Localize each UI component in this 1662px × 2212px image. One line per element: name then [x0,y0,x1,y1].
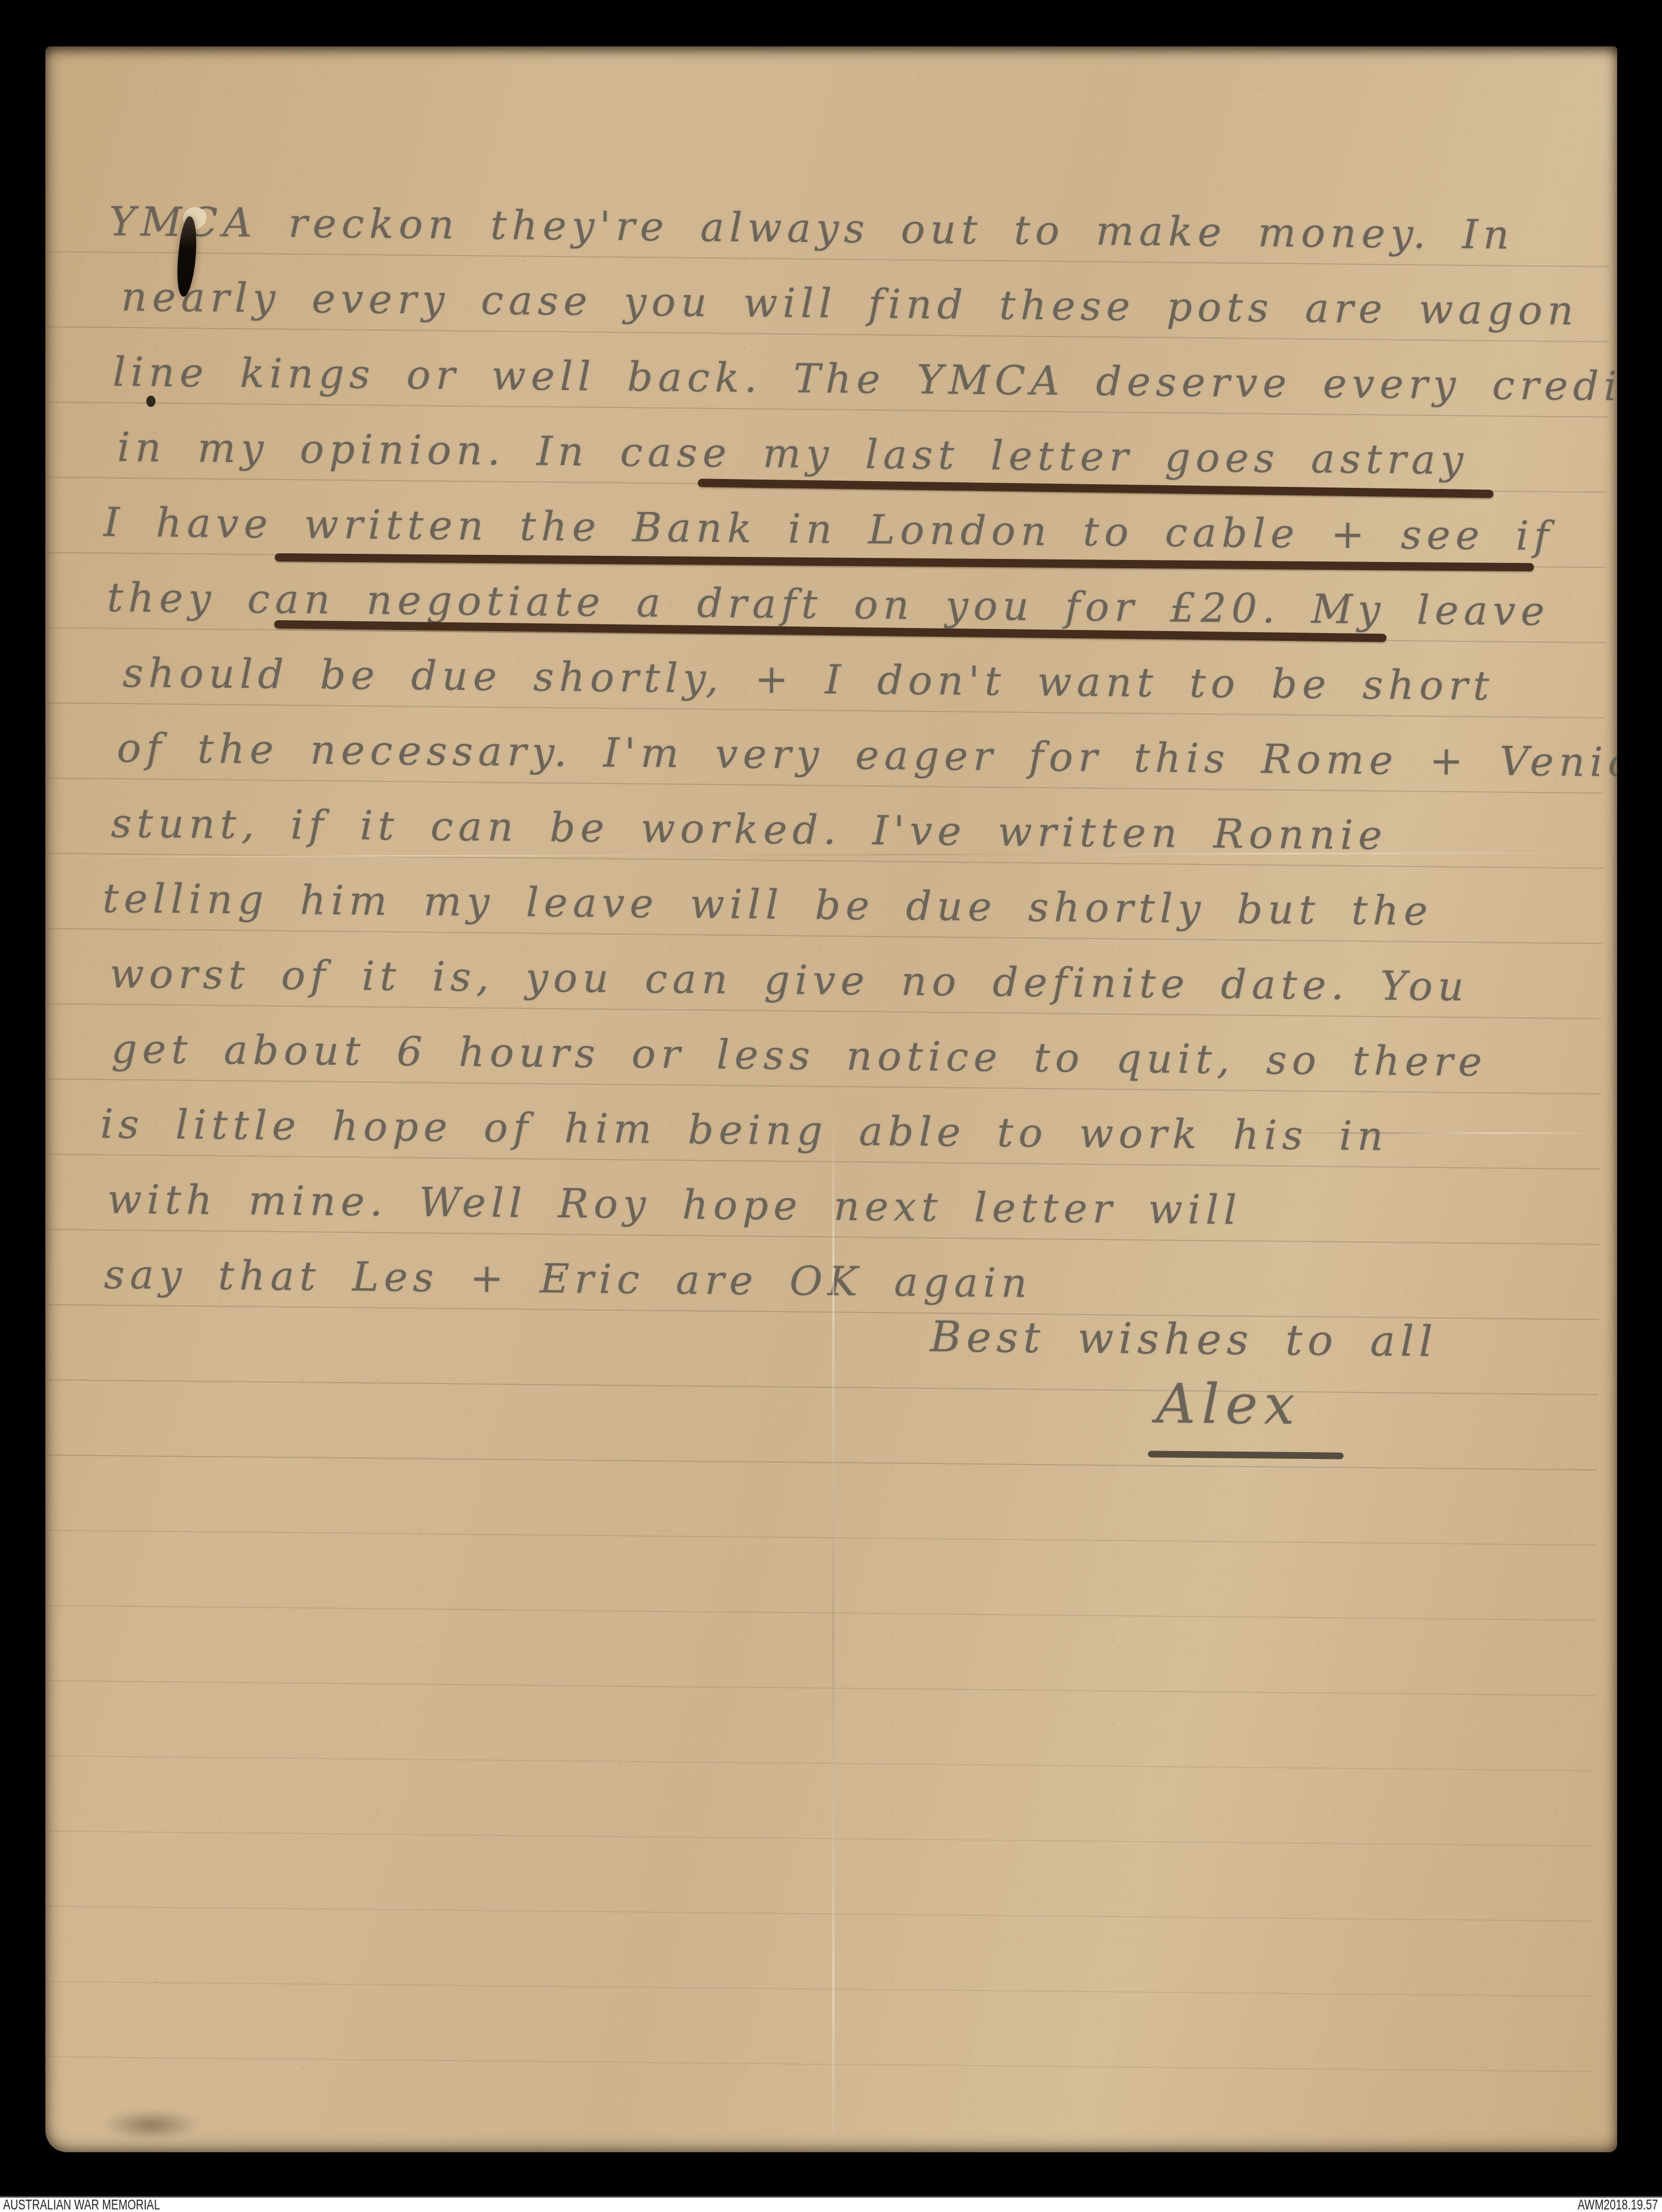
ink-dot [146,396,156,407]
archive-institution-label: AUSTRALIAN WAR MEMORIAL [3,2198,160,2212]
ruled-line [45,1830,1594,1846]
handwriting-line: worst of it is, you can give no definite… [109,946,1469,1015]
ruled-line [45,2056,1591,2072]
handwriting-line: with mine. Well Roy hope next letter wil… [107,1171,1242,1239]
fold-crease-vertical [832,1118,834,2152]
handwriting-line: is little hope of him being able to work… [100,1096,1389,1165]
ruled-line [45,1680,1595,1696]
letter-page: YMCA reckon they're always out to make m… [45,46,1617,2152]
ruled-line [45,1755,1595,1771]
ruled-line [45,1529,1597,1545]
ruled-line [45,1981,1592,1997]
ruled-line [45,1905,1593,1921]
archive-footer-bar: AUSTRALIAN WAR MEMORIAL AWM2018.19.57 [0,2196,1662,2212]
letter-closing: Best wishes to all [930,1309,1438,1370]
signature-underline [1148,1451,1344,1459]
ruled-line [45,1454,1598,1470]
archive-accession-number: AWM2018.19.57 [1578,2198,1658,2212]
handwriting-line: get about 6 hours or less notice to quit… [111,1021,1487,1091]
handwriting-line: telling him my leave will be due shortly… [102,871,1433,940]
ruled-line [45,1605,1596,1621]
corner-smudge [102,2109,200,2140]
fold-crease-right [1271,1132,1601,1134]
scan-background: YMCA reckon they're always out to make m… [0,0,1662,2212]
handwriting-line: YMCA reckon they're always out to make m… [109,194,1514,264]
ruled-lines [45,46,1617,61]
handwriting-line: should be due shortly, + I don't want to… [123,645,1495,715]
page-content: YMCA reckon they're always out to make m… [45,46,1617,2152]
ruled-line [45,1379,1598,1395]
letter-signature: Alex [1156,1375,1301,1434]
handwriting-line: say that Les + Eric are OK again [104,1247,1033,1312]
handwriting-line: in my opinion. In case my last letter go… [117,419,1469,489]
